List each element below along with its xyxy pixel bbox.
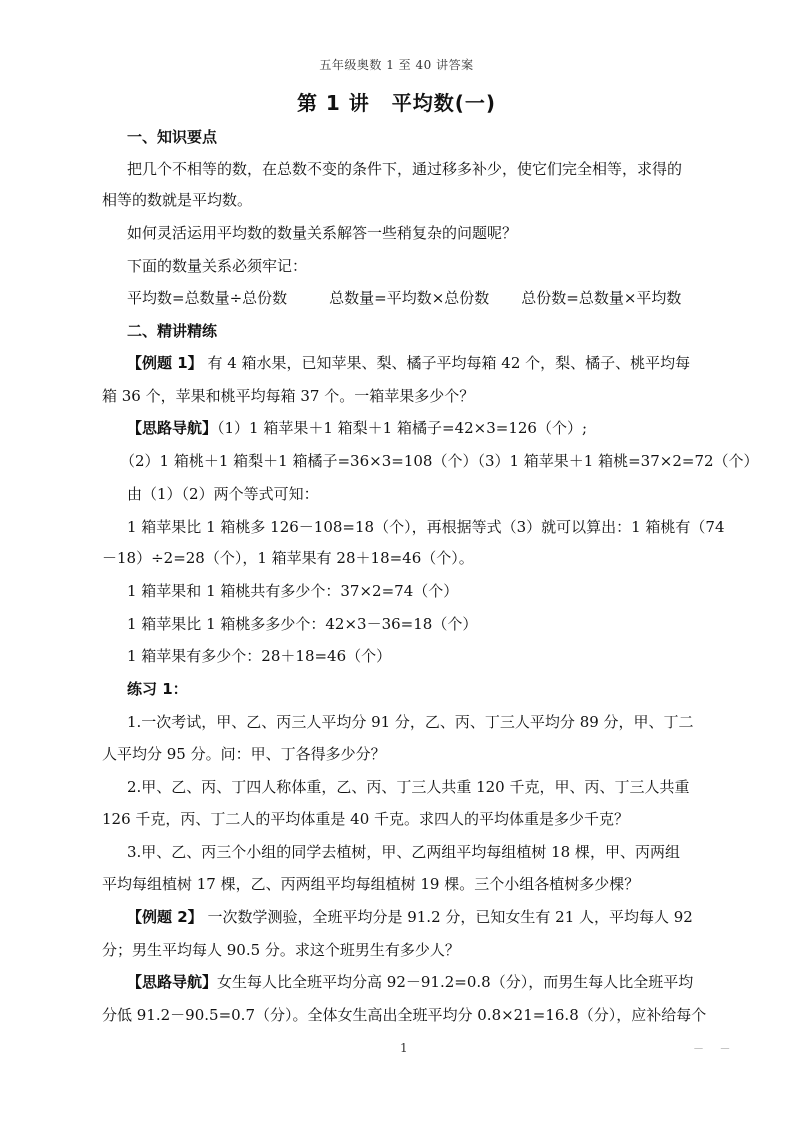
example1-label: 【例题 1】: [127, 354, 203, 372]
page-number: 1: [400, 1041, 408, 1055]
lecture-topic: 平均数(一): [392, 91, 496, 115]
guide1-line5: －18）÷2=28（个），1 箱苹果有 28＋18=46（个）。: [102, 548, 702, 568]
document-page: 五年级奥数 1 至 40 讲答案 第 1 讲平均数(一) 一、知识要点 把几个不…: [0, 0, 793, 1122]
practice1-q1-line1: 1.一次考试，甲、乙、丙三人平均分 91 分，乙、丙、丁三人平均分 89 分，甲…: [127, 712, 727, 732]
lecture-number: 第 1 讲: [297, 91, 370, 115]
page-title: 第 1 讲平均数(一): [0, 87, 793, 116]
practice1-q2-line2: 126 千克，丙、丁二人的平均体重是 40 千克。求四人的平均体重是多少千克？: [102, 809, 702, 829]
practice1-q1-line2: 人平均分 95 分。问：甲、丁各得多少分？: [102, 744, 702, 764]
paragraph-question: 如何灵活运用平均数的数量关系解答一些稍复杂的问题呢？: [127, 223, 727, 243]
guide1-line2: （2）1 箱桃＋1 箱梨＋1 箱橘子=36×3=108（个）（3）1 箱苹果＋1…: [120, 451, 720, 471]
example1-line1: 【例题 1】 有 4 箱水果，已知苹果、梨、橘子平均每箱 42 个，梨、橘子、桃…: [127, 353, 727, 373]
paragraph-remember: 下面的数量关系必须牢记：: [127, 256, 727, 276]
guide2-text: 女生每人比全班平均分高 92－91.2=0.8（分），而男生每人比全班平均: [217, 973, 693, 991]
guide2-label: 【思路导航】: [127, 973, 217, 991]
example2-line2: 分；男生平均每人 90.5 分。求这个班男生有多少人？: [102, 940, 702, 960]
example1-text: 有 4 箱水果，已知苹果、梨、橘子平均每箱 42 个，梨、橘子、桃平均每: [203, 354, 690, 372]
footer-marks: － －: [693, 1040, 737, 1056]
practice1-q2-line1: 2.甲、乙、丙、丁四人称体重，乙、丙、丁三人共重 120 千克，甲、丙、丁三人共…: [127, 777, 727, 797]
example2-text: 一次数学测验，全班平均分是 91.2 分，已知女生有 21 人，平均每人 92: [203, 908, 693, 926]
practice1-q3-line1: 3.甲、乙、丙三个小组的同学去植树，甲、乙两组平均每组植树 18 棵，甲、丙两组: [127, 842, 727, 862]
guide1-line7: 1 箱苹果比 1 箱桃多多少个：42×3－36=18（个）: [127, 614, 727, 634]
running-header: 五年级奥数 1 至 40 讲答案: [0, 56, 793, 73]
paragraph-definition: 把几个不相等的数，在总数不变的条件下，通过移多补少，使它们完全相等，求得的: [127, 159, 727, 179]
example2-line1: 【例题 2】 一次数学测验，全班平均分是 91.2 分，已知女生有 21 人，平…: [127, 907, 727, 927]
guide1-line3: 由（1）（2）两个等式可知：: [127, 484, 727, 504]
guide1-line6: 1 箱苹果和 1 箱桃共有多少个：37×2=74（个）: [127, 581, 727, 601]
paragraph-definition-cont: 相等的数就是平均数。: [102, 190, 702, 210]
formula-parts: 总份数=总数量×平均数: [521, 288, 681, 308]
guide2-line1: 【思路导航】女生每人比全班平均分高 92－91.2=0.8（分），而男生每人比全…: [127, 972, 727, 992]
formula-average: 平均数=总数量÷总份数: [127, 288, 287, 308]
section-heading-practice: 二、精讲精练: [127, 321, 727, 341]
guide1-text: （1）1 箱苹果＋1 箱梨＋1 箱橘子=42×3=126（个）;: [217, 419, 587, 437]
formula-total: 总数量=平均数×总份数: [329, 288, 489, 308]
formula-row: 平均数=总数量÷总份数总数量=平均数×总份数总份数=总数量×平均数: [127, 288, 727, 308]
example1-line2: 箱 36 个，苹果和桃平均每箱 37 个。一箱苹果多少个？: [102, 386, 702, 406]
guide1-line8: 1 箱苹果有多少个：28＋18=46（个）: [127, 646, 727, 666]
practice1-q3-line2: 平均每组植树 17 棵，乙、丙两组平均每组植树 19 棵。三个小组各植树多少棵？: [102, 874, 702, 894]
guide1-label: 【思路导航】: [127, 419, 217, 437]
guide1-line1: 【思路导航】（1）1 箱苹果＋1 箱梨＋1 箱橘子=42×3=126（个）;: [127, 418, 727, 438]
guide2-line2: 分低 91.2－90.5=0.7（分）。全体女生高出全班平均分 0.8×21=1…: [102, 1005, 702, 1025]
guide1-line4: 1 箱苹果比 1 箱桃多 126－108=18（个），再根据等式（3）就可以算出…: [127, 517, 727, 537]
practice1-heading: 练习 1：: [127, 679, 727, 699]
example2-label: 【例题 2】: [127, 908, 203, 926]
section-heading-knowledge: 一、知识要点: [127, 127, 727, 147]
